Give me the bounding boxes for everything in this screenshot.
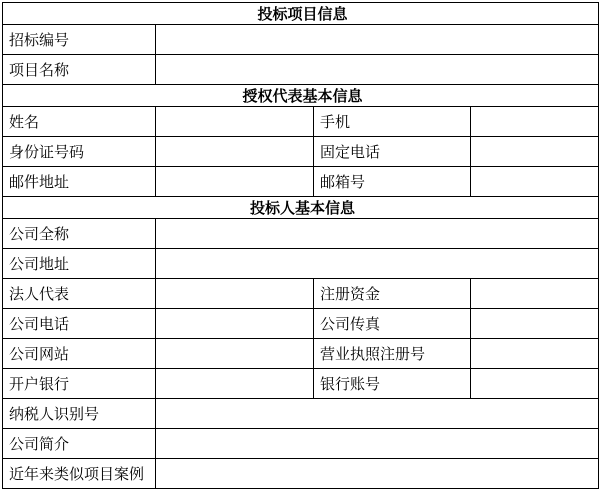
name-label: 姓名 [3, 107, 156, 137]
table-row: 投标项目信息 [3, 3, 599, 25]
table-row: 公司网站 营业执照注册号 [3, 339, 599, 369]
landline-phone-label: 固定电话 [314, 137, 471, 167]
table-row: 开户银行 银行账号 [3, 369, 599, 399]
table-row: 授权代表基本信息 [3, 85, 599, 107]
bank-account-value-cell[interactable] [471, 369, 599, 399]
landline-phone-value-cell[interactable] [471, 137, 599, 167]
table-row: 近年来类似项目案例 [3, 459, 599, 489]
section-header-bid-project-info: 投标项目信息 [3, 3, 599, 25]
email-value-cell[interactable] [471, 167, 599, 197]
bank-account-label: 银行账号 [314, 369, 471, 399]
table-row: 姓名 手机 [3, 107, 599, 137]
bank-name-value-cell[interactable] [156, 369, 314, 399]
company-website-label: 公司网站 [3, 339, 156, 369]
bid-form-table: 投标项目信息 招标编号 项目名称 授权代表基本信息 姓名 手机 身份证号码 [2, 2, 599, 489]
company-profile-label: 公司简介 [3, 429, 156, 459]
tender-number-value-cell[interactable] [156, 25, 599, 55]
company-full-name-label: 公司全称 [3, 219, 156, 249]
table-row: 招标编号 [3, 25, 599, 55]
business-license-number-value-cell[interactable] [471, 339, 599, 369]
table-row: 公司电话 公司传真 [3, 309, 599, 339]
company-fax-value-cell[interactable] [471, 309, 599, 339]
company-phone-value-cell[interactable] [156, 309, 314, 339]
table-row: 投标人基本信息 [3, 197, 599, 219]
tender-number-label: 招标编号 [3, 25, 156, 55]
bank-name-label: 开户银行 [3, 369, 156, 399]
table-row: 公司地址 [3, 249, 599, 279]
table-row: 身份证号码 固定电话 [3, 137, 599, 167]
mail-address-label: 邮件地址 [3, 167, 156, 197]
mail-address-value-cell[interactable] [156, 167, 314, 197]
section-header-authorized-representative-info: 授权代表基本信息 [3, 85, 599, 107]
mobile-value-cell[interactable] [471, 107, 599, 137]
registered-capital-label: 注册资金 [314, 279, 471, 309]
company-website-value-cell[interactable] [156, 339, 314, 369]
table-row: 法人代表 注册资金 [3, 279, 599, 309]
company-phone-label: 公司电话 [3, 309, 156, 339]
id-card-number-label: 身份证号码 [3, 137, 156, 167]
company-address-value-cell[interactable] [156, 249, 599, 279]
taxpayer-id-label: 纳税人识别号 [3, 399, 156, 429]
company-full-name-value-cell[interactable] [156, 219, 599, 249]
registered-capital-value-cell[interactable] [471, 279, 599, 309]
mobile-label: 手机 [314, 107, 471, 137]
id-card-number-value-cell[interactable] [156, 137, 314, 167]
company-fax-label: 公司传真 [314, 309, 471, 339]
similar-project-cases-label: 近年来类似项目案例 [3, 459, 156, 489]
document-page: 投标项目信息 招标编号 项目名称 授权代表基本信息 姓名 手机 身份证号码 [0, 0, 602, 490]
legal-representative-value-cell[interactable] [156, 279, 314, 309]
table-row: 公司简介 [3, 429, 599, 459]
email-label: 邮箱号 [314, 167, 471, 197]
name-value-cell[interactable] [156, 107, 314, 137]
table-row: 公司全称 [3, 219, 599, 249]
similar-project-cases-value-cell[interactable] [156, 459, 599, 489]
company-address-label: 公司地址 [3, 249, 156, 279]
project-name-label: 项目名称 [3, 55, 156, 85]
business-license-number-label: 营业执照注册号 [314, 339, 471, 369]
legal-representative-label: 法人代表 [3, 279, 156, 309]
section-header-bidder-info: 投标人基本信息 [3, 197, 599, 219]
table-row: 邮件地址 邮箱号 [3, 167, 599, 197]
table-row: 纳税人识别号 [3, 399, 599, 429]
project-name-value-cell[interactable] [156, 55, 599, 85]
company-profile-value-cell[interactable] [156, 429, 599, 459]
table-row: 项目名称 [3, 55, 599, 85]
taxpayer-id-value-cell[interactable] [156, 399, 599, 429]
